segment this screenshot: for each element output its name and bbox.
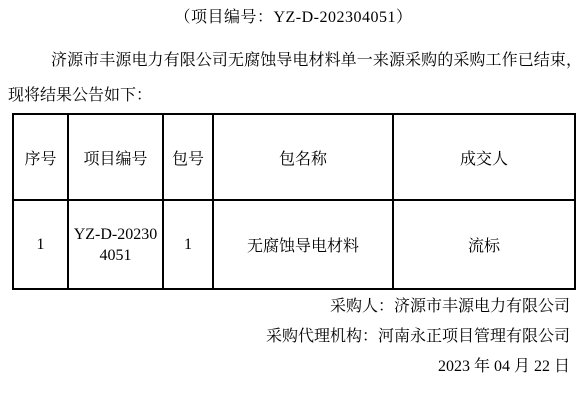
table-row: 1 YZ-D-20230 4051 1 无腐蚀导电材料 流标: [13, 200, 575, 289]
col-header-winner: 成交人: [393, 114, 575, 200]
col-header-serial-number: 序号: [13, 114, 68, 200]
cell-package-name: 无腐蚀导电材料: [213, 200, 393, 289]
col-header-package-number: 包号: [163, 114, 213, 200]
table-header-row: 序号 项目编号 包号 包名称 成交人: [13, 114, 575, 200]
cell-project-number: YZ-D-20230 4051: [68, 200, 163, 289]
col-header-project-number: 项目编号: [68, 114, 163, 200]
cell-winner: 流标: [393, 200, 575, 289]
date-line: 2023 年 04 月 22 日: [0, 352, 570, 382]
project-number-heading: （项目编号：YZ-D-202304051）: [0, 8, 587, 28]
purchaser-line: 采购人：济源市丰源电力有限公司: [0, 292, 570, 322]
result-table: 序号 项目编号 包号 包名称 成交人 1 YZ-D-20230 4051 1 无…: [12, 113, 576, 290]
cell-package-number: 1: [163, 200, 213, 289]
agency-line: 采购代理机构：河南永正项目管理有限公司: [0, 322, 570, 352]
announcement-document: （项目编号：YZ-D-202304051） 济源市丰源电力有限公司无腐蚀导电材料…: [0, 0, 587, 399]
cell-serial-number: 1: [13, 200, 68, 289]
intro-paragraph: 济源市丰源电力有限公司无腐蚀导电材料单一来源采购的采购工作已结束，现将结果公告如…: [8, 43, 582, 113]
col-header-package-name: 包名称: [213, 114, 393, 200]
footer-block: 采购人：济源市丰源电力有限公司 采购代理机构：河南永正项目管理有限公司 2023…: [0, 292, 587, 382]
